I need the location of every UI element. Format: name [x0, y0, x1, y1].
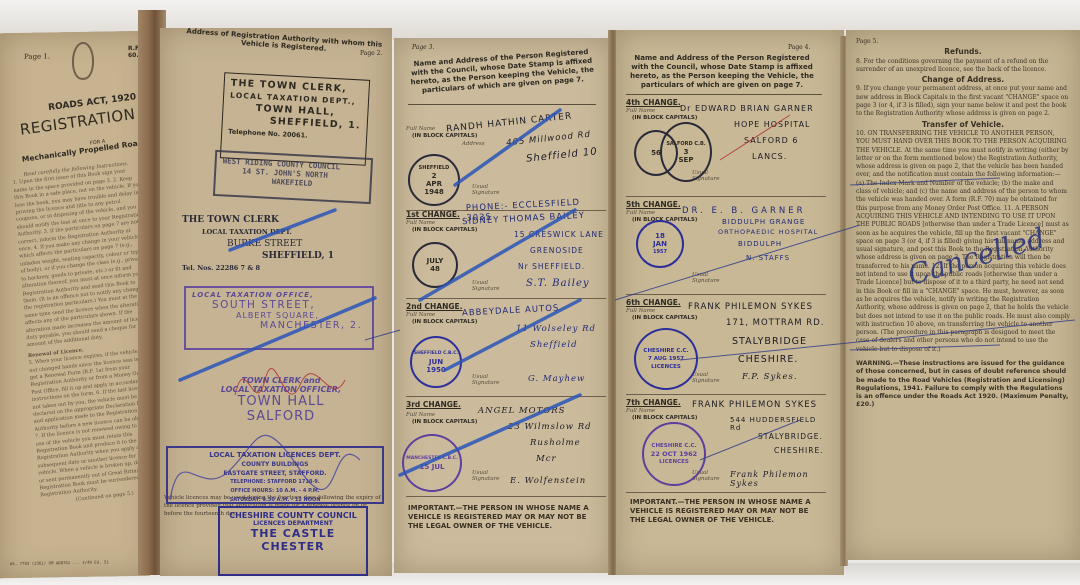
- royal-crest-icon: [72, 42, 94, 80]
- signature-label: Usual Signature: [692, 272, 722, 284]
- warning-notice: WARNING.—These instructions are issued f…: [856, 360, 1070, 410]
- date-stamp: 18 JAN 1957: [636, 220, 684, 268]
- signature-label: Usual Signature: [472, 374, 502, 386]
- stamp-manchester: LOCAL TAXATION OFFICE, SOUTH STREET, ALB…: [184, 286, 374, 350]
- change-label: 3rd CHANGE.: [406, 400, 461, 409]
- stamp-text: 48: [430, 265, 440, 273]
- stamp-stafford: LOCAL TAXATION LICENCES DEPT. COUNTY BUI…: [166, 446, 384, 504]
- stamp-line: SALFORD: [196, 409, 366, 424]
- keeper-address-line: STALYBRIDGE: [732, 336, 807, 347]
- stamp-line: COUNTY BUILDINGS: [171, 460, 379, 469]
- keeper-address-line: HOPE HOSPITAL: [734, 120, 811, 129]
- stamp-sheffield: THE TOWN CLERK LOCAL TAXATION DEPT. BURK…: [182, 214, 334, 274]
- keeper-address-line: SALFORD 6: [744, 136, 798, 145]
- stamp-line: LOCAL TAXATION DEPT.: [182, 226, 334, 238]
- change-label: 7th CHANGE.: [626, 398, 681, 407]
- page-2-header: Address of Registration Authority with w…: [184, 28, 385, 57]
- keeper-name: DR. E. B. GARNER: [682, 206, 806, 216]
- stamp-line: OFFICE HOURS: 10 A.M. - 4 P.M.: [171, 487, 379, 496]
- address-label: Address: [462, 141, 485, 147]
- keeper-address-line: 23 Wilmslow Rd: [508, 422, 592, 432]
- stamp-text: CHESHIRE C.C.: [643, 347, 688, 355]
- block-capitals-label: (IN BLOCK CAPITALS): [412, 419, 477, 425]
- stamp-text: LICENCES: [651, 363, 681, 371]
- page-1-cover: Page 1. R.F. 60. ROADS ACT, 1920 REGISTR…: [0, 31, 150, 579]
- stamp-line: EASTGATE STREET, STAFFORD.: [171, 469, 379, 478]
- keeper-address-line: CHESHIRE.: [774, 446, 824, 455]
- page-number: Page 3.: [412, 44, 434, 51]
- keeper-address-line: BIDDULPH GRANGE: [722, 218, 805, 226]
- stamp-line: CHESTER: [223, 540, 363, 553]
- full-name-label: Full Name: [626, 408, 655, 414]
- page-5-instructions: Page 5. Refunds. 8. For the conditions g…: [846, 30, 1080, 560]
- keeper-signature: G. Mayhew: [528, 374, 585, 384]
- full-name-label: Full Name: [626, 308, 655, 314]
- stamp-line: CHESHIRE COUNTY COUNCIL: [223, 511, 363, 520]
- keeper-name: FRANK PHILEMON SYKES: [688, 302, 813, 312]
- stamp-text: 3: [684, 148, 689, 156]
- change-label: 4th CHANGE.: [626, 98, 681, 107]
- keeper-address-line: Nr SHEFFIELD.: [518, 262, 585, 271]
- stamp-text: MANCHESTER C.B.C.: [406, 455, 457, 463]
- page-2-authority: Address of Registration Authority with w…: [160, 28, 392, 576]
- full-name-label: Full Name: [626, 210, 655, 216]
- stamp-line: Tel. Nos. 22286 7 & 8: [182, 262, 334, 274]
- stamp-text: SHEFFIELD: [419, 164, 450, 172]
- stamp-line: TELEPHONE: STAFFORD 1718-9.: [171, 478, 379, 487]
- entry-divider: [406, 298, 606, 299]
- stamp-line: SATURDAY: 9.30 A.M. - 12 NOON: [171, 496, 379, 505]
- keeper-address-line: 544 HUDDERSFIELD Rd: [730, 416, 826, 432]
- section-heading: Change of Address.: [856, 76, 1070, 84]
- page-number: Page 4.: [788, 44, 810, 51]
- stamp-text: SEP: [679, 156, 694, 164]
- block-capitals-label: (IN BLOCK CAPITALS): [632, 115, 697, 121]
- stamp-cheshire: CHESHIRE COUNTY COUNCIL LICENCES DEPARTM…: [218, 506, 368, 576]
- stamp-salford: TOWN CLERK and LOCAL TAXATION OFFICER, T…: [196, 376, 366, 424]
- stamp-line: THE TOWN CLERK: [182, 214, 334, 226]
- section-text: 9. If you change your permanent address,…: [856, 85, 1070, 118]
- page-number: Page 1.: [24, 52, 50, 60]
- stamp-line: LOCAL TAXATION OFFICE,: [192, 291, 366, 299]
- entry-divider: [626, 196, 826, 197]
- keeper-signature: Frank Philemon Sykes: [730, 470, 826, 488]
- important-notice: IMPORTANT.—THE PERSON IN WHOSE NAME A VE…: [408, 504, 596, 531]
- stamp-line: SOUTH STREET,: [192, 299, 366, 311]
- page-number: Page 5.: [856, 38, 1070, 46]
- book-subtitle: Mechanically Propelled Road Vehicle: [21, 133, 150, 163]
- stamp-text: 15 JUL: [420, 463, 445, 471]
- page-4-keepers: Page 4. Name and Address of the Person R…: [616, 30, 844, 575]
- stamp-line: LICENCES DEPARTMENT: [223, 520, 363, 527]
- keeper-address-line: 11 Wolseley Rd: [516, 324, 596, 334]
- date-stamp: JULY 48: [412, 242, 458, 288]
- stamp-line: BURKE STREET: [182, 238, 334, 250]
- full-name-label: Full Name: [406, 312, 435, 318]
- stamp-text: SALFORD C.B.: [666, 140, 705, 148]
- stamp-text: 1950: [426, 366, 445, 374]
- stamp-line: TOWN HALL: [196, 394, 366, 409]
- stamp-text: 18: [655, 232, 665, 240]
- keeper-address-line: ORTHOPAEDIC HOSPITAL: [718, 228, 818, 236]
- date-stamp: SALFORD C.B. 3 SEP: [660, 122, 712, 182]
- entry-divider: [626, 492, 826, 493]
- stamp-text: JAN: [653, 240, 667, 248]
- page-3-keepers: Page 3. Name and Address of the Person R…: [394, 38, 612, 573]
- stamp-line: SHEFFIELD, 1: [182, 250, 334, 262]
- page-4-header: Name and Address of the Person Registere…: [630, 54, 814, 90]
- keeper-address-line: CHESHIRE.: [738, 354, 798, 365]
- block-capitals-label: (IN BLOCK CAPITALS): [412, 227, 477, 233]
- stamp-text: 7 AUG 1957: [648, 355, 684, 363]
- change-label: 2nd CHANGE.: [406, 302, 463, 311]
- stamp-text: CHESHIRE C.C.: [651, 442, 696, 450]
- keeper-name: Dr EDWARD BRIAN GARNER: [680, 104, 814, 113]
- block-capitals-label: (IN BLOCK CAPITALS): [412, 133, 477, 139]
- entry-divider: [626, 394, 826, 395]
- stamp-west-riding: WEST RIDING COUNTY COUNCIL 14 ST. JOHN'S…: [213, 150, 373, 204]
- signature-label: Usual Signature: [692, 372, 722, 384]
- stamp-line: ALBERT SQUARE,: [192, 311, 366, 320]
- instructions-text: 1. Upon the first issue of this Book sig…: [13, 167, 150, 350]
- keeper-address-line: Rusholme: [530, 438, 581, 448]
- full-name-label: Full Name: [406, 412, 435, 418]
- keeper-name: ANGEL MOTORS: [478, 406, 565, 416]
- important-notice: IMPORTANT.—THE PERSON IN WHOSE NAME A VE…: [630, 498, 820, 525]
- divider: [626, 94, 822, 95]
- stamp-text: LICENCES: [659, 458, 689, 466]
- section-heading: Refunds.: [856, 48, 1070, 56]
- block-capitals-label: (IN BLOCK CAPITALS): [632, 415, 697, 421]
- date-stamp: SHEFFIELD C.B.C. JUN 1950: [410, 336, 462, 388]
- divider: [408, 104, 596, 105]
- date-stamp: CHESHIRE C.C. 7 AUG 1957 LICENCES: [634, 328, 698, 390]
- keeper-address-line: Sheffield 10: [526, 146, 599, 164]
- date-stamp: CHESHIRE C.C. 22 OCT 1962 LICENCES: [642, 422, 706, 486]
- stamp-line: THE CASTLE: [223, 527, 363, 540]
- keeper-signature: E. Wolfenstein: [510, 476, 586, 486]
- keeper-name: RANDH HATHIN CARTER: [446, 111, 573, 134]
- full-name-label: Full Name: [406, 220, 435, 226]
- keeper-signature: S.T. Bailey: [526, 278, 590, 289]
- signature-label: Usual Signature: [472, 280, 502, 292]
- keeper-signature: F.P. Sykes.: [742, 372, 798, 382]
- full-name-label: Full Name: [626, 108, 655, 114]
- entry-divider: [406, 396, 606, 397]
- change-label: 6th CHANGE.: [626, 298, 681, 307]
- section-heading: Transfer of Vehicle.: [856, 121, 1070, 129]
- block-capitals-label: (IN BLOCK CAPITALS): [632, 315, 697, 321]
- stamp-text: JUN: [429, 358, 443, 366]
- keeper-address-line: STALYBRIDGE.: [758, 432, 823, 441]
- full-name-label: Full Name: [406, 126, 435, 132]
- date-stamp: SHEFFIELD 2 APR 1948: [408, 154, 460, 206]
- signature-label: Usual Signature: [472, 470, 502, 482]
- stamp-text: SHEFFIELD C.B.C.: [414, 350, 458, 358]
- page-3-header: Name and Address of the Person Registere…: [407, 47, 597, 96]
- stamp-text: 1948: [424, 188, 443, 196]
- keeper-address-line: BIDDULPH: [738, 240, 782, 248]
- keeper-address-line: Mcr: [536, 454, 557, 464]
- keeper-address-line: 405 Millwood Rd: [506, 130, 592, 149]
- keeper-address-line: GRENOSIDE: [530, 246, 584, 255]
- change-label: 5th CHANGE.: [626, 200, 681, 209]
- keeper-address-line: 15 CRESWICK LANE: [514, 230, 604, 239]
- keeper-address-line: Sheffield: [530, 340, 578, 350]
- change-label: 1st CHANGE.: [406, 210, 460, 219]
- section-text: 8. For the conditions governing the paym…: [856, 58, 1070, 75]
- stamp-line: LOCAL TAXATION LICENCES DEPT.: [171, 451, 379, 460]
- printer-line: Wt. 7783 (2361) 9M ADB762 ... 2/40 Ed. 5…: [10, 559, 109, 566]
- block-capitals-label: (IN BLOCK CAPITALS): [412, 319, 477, 325]
- renewal-text: 5. When your licence expires, if the veh…: [28, 347, 150, 500]
- keeper-address-line: LANCS.: [752, 152, 787, 161]
- stamp-line: LOCAL TAXATION OFFICER,: [196, 385, 366, 394]
- stamp-line: MANCHESTER, 2.: [192, 320, 366, 331]
- keeper-name: ABBEYDALE AUTOS: [462, 303, 560, 318]
- keeper-name: FRANK PHILEMON SYKES: [692, 400, 817, 410]
- entry-divider: [626, 294, 826, 295]
- stamp-text: 22 OCT 1962: [651, 450, 697, 458]
- date-stamp: MANCHESTER C.B.C. 15 JUL: [402, 434, 462, 492]
- signature-label: Usual Signature: [472, 184, 502, 196]
- stamp-text: JULY: [427, 257, 444, 265]
- stamp-line: TOWN CLERK and: [196, 376, 366, 385]
- page-number: Page 2.: [360, 50, 382, 57]
- stamp-text: 1957: [653, 248, 667, 256]
- instructions-block: Read carefully the following Instruction…: [12, 160, 150, 508]
- keeper-address-line: 171, MOTTRAM RD.: [726, 318, 824, 328]
- keeper-address-line: N. STAFFS: [746, 254, 790, 262]
- stamp-text: 2: [432, 172, 437, 180]
- entry-divider: [406, 496, 606, 497]
- stamp-text: APR: [426, 180, 442, 188]
